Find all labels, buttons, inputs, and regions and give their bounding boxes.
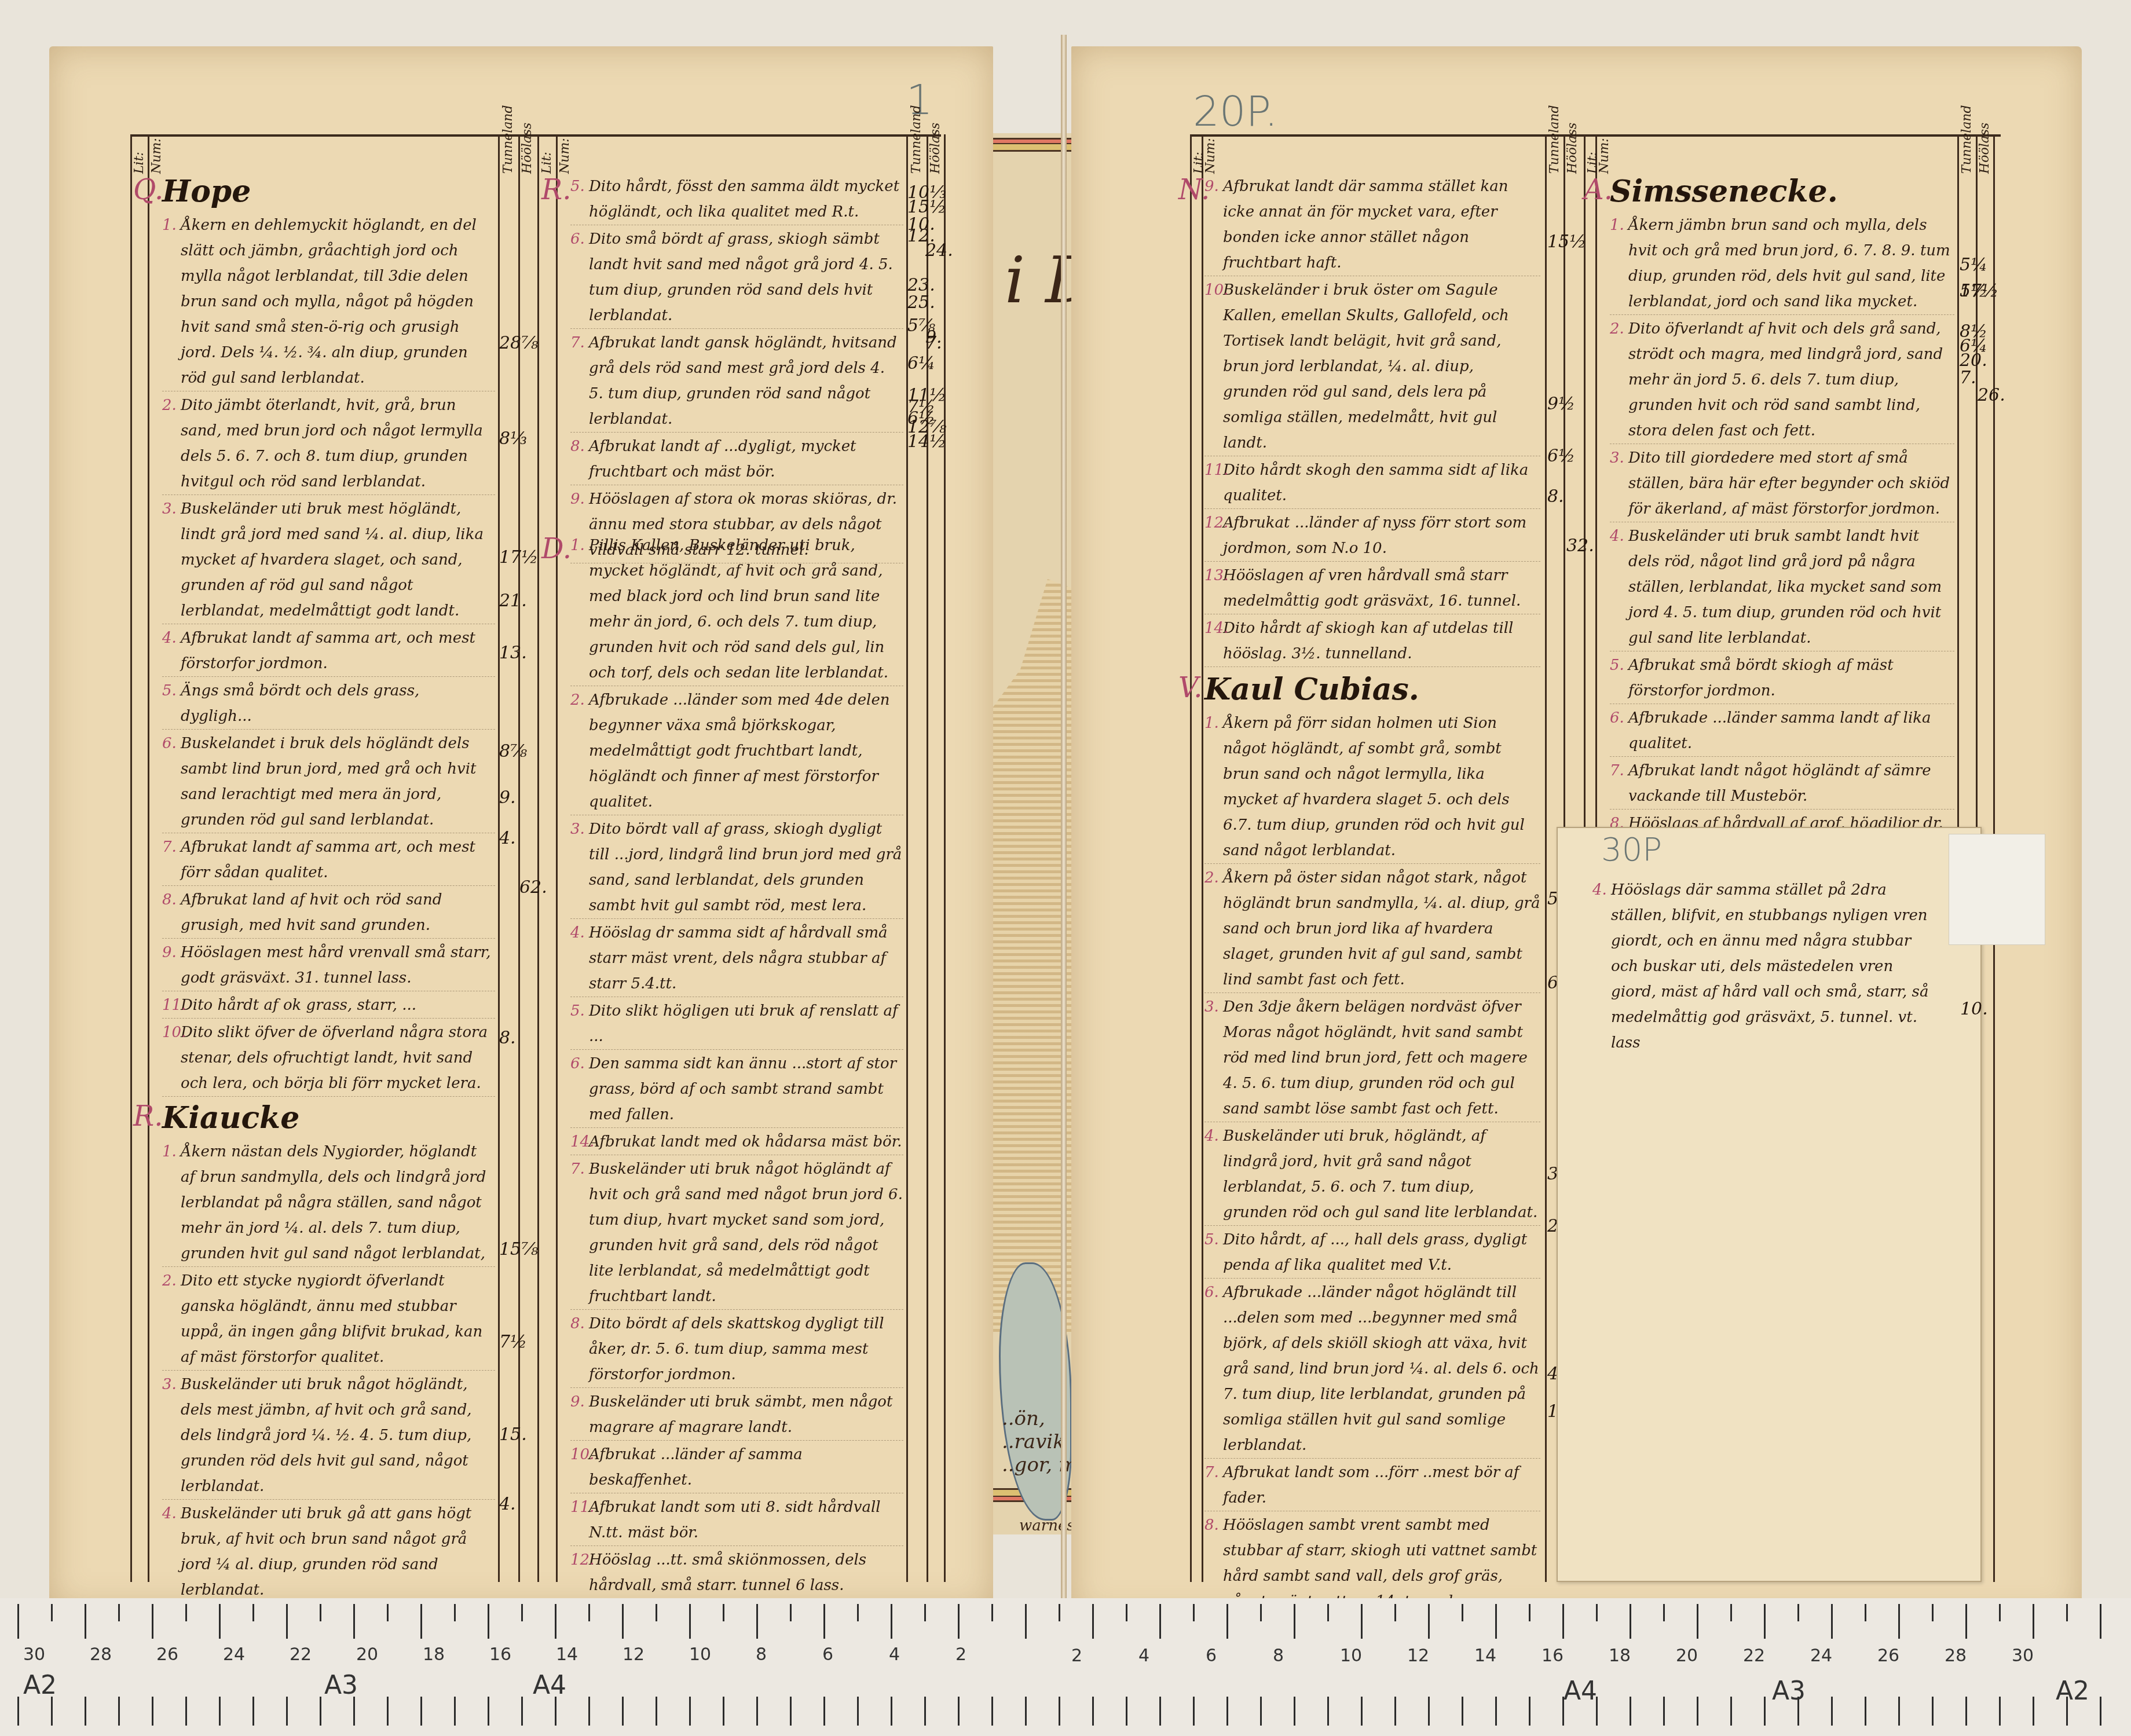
measuring-ruler: 30 28 26 24 22 20 18 16 14 12 10 8 6 4 2… — [0, 1598, 2131, 1736]
ruler-number: 26 — [1877, 1646, 1899, 1666]
register-entry: 8.Dito bördt af dels skattskog dygligt t… — [570, 1311, 903, 1388]
ruler-number: 30 — [23, 1645, 45, 1665]
register-entry: 11.Afbrukat landt som uti 8. sidt hårdva… — [570, 1495, 903, 1546]
ruler-tick — [622, 1604, 624, 1639]
ruler-tick — [420, 1697, 422, 1726]
left-column-1: Q. Hope 1.Åkern en dehlemyckit höglandt,… — [136, 174, 495, 1098]
ruler-tick — [1663, 1604, 1665, 1621]
ruler-tick — [1260, 1604, 1262, 1621]
register-entry: 3.Buskeländer uti bruk något högländt, d… — [162, 1372, 495, 1500]
tunnel-value: 15½ — [1547, 232, 1586, 252]
ruler-tick — [51, 1697, 53, 1726]
map-label: ..ön, — [1002, 1407, 1045, 1430]
ruler-tick — [1965, 1697, 1967, 1726]
ruler-tick — [219, 1604, 221, 1639]
left-column-1-lower: R. Kiaucke 1.Åkern nästan dels Nygiorder… — [136, 1100, 495, 1605]
ruler-tick — [488, 1697, 489, 1726]
section-title: Kaul Cubias. — [1204, 672, 1540, 707]
ruler-number: 14 — [556, 1645, 578, 1665]
ruler-number: 14 — [1474, 1646, 1496, 1666]
ruler-tick — [1865, 1604, 1866, 1621]
section-title: Simssenecke. — [1610, 174, 1954, 209]
ruler-tick — [857, 1697, 859, 1726]
register-entry: 8.Afbrukat landt af ...dygligt, mycket f… — [570, 434, 903, 485]
ruler-tick — [454, 1604, 456, 1621]
register-entry: 10.Buskeländer i bruk öster om Sagule Ka… — [1204, 277, 1540, 456]
paper-size-label: A4 — [1564, 1676, 1597, 1706]
tunnel-value: 8⅓ — [499, 428, 527, 449]
ruler-tick — [1428, 1604, 1430, 1639]
ruler-tick — [1764, 1604, 1766, 1639]
register-entry: 6.Buskelandet i bruk dels högländt dels … — [162, 731, 495, 833]
register-entry: 14.Afbrukat landt med ok hådarsa mäst bö… — [570, 1129, 903, 1155]
ruler-number: 22 — [1743, 1646, 1765, 1666]
ruler-tick — [1831, 1697, 1833, 1726]
register-entry: 2.Dito öfverlandt af hvit och dels grå s… — [1610, 316, 1954, 444]
header-tunnel: Tunneland — [1547, 105, 1562, 174]
register-entry: 5.Dito hårdt, af ..., hall dels grass, d… — [1204, 1227, 1540, 1279]
ruler-number: 10 — [1340, 1646, 1362, 1666]
ruler-number: 4 — [889, 1645, 900, 1665]
ruler-tick — [1596, 1697, 1598, 1726]
ruler-tick — [1327, 1697, 1329, 1726]
header-tunnel: Tunneland — [1960, 105, 1974, 174]
register-entry: 4.Buskeländer uti bruk, högländt, af lin… — [1204, 1123, 1540, 1226]
paper-size-label: A3 — [1772, 1676, 1806, 1706]
tunnel-value: 4. — [499, 1494, 516, 1514]
ruler-tick — [1226, 1697, 1228, 1726]
ruler-tick — [689, 1697, 691, 1726]
ruler-tick — [17, 1604, 19, 1639]
register-entry: 6.Afbrukade ...länder något högländt til… — [1204, 1280, 1540, 1459]
register-entry: 1.Åkern på förr sidan holmen uti Sion nå… — [1204, 710, 1540, 864]
column-rule — [1190, 134, 1192, 1582]
register-entry: 9.Afbrukat landt där samma stället kan i… — [1204, 174, 1540, 276]
ruler-tick — [286, 1604, 288, 1639]
register-entry: 10.Afbrukat ...länder af samma beskaffen… — [570, 1442, 903, 1493]
ruler-tick — [1126, 1604, 1127, 1621]
section-title: Hope — [162, 174, 495, 209]
column-rule — [1545, 134, 1547, 1582]
ruler-tick — [790, 1604, 792, 1621]
left-column-2-lower: D. 1.Pillis Kallen, Buskeländer uti bruk… — [544, 533, 903, 1600]
ruler-tick — [1663, 1697, 1665, 1726]
hoolass-value: 26. — [1978, 385, 2005, 405]
header-tunnel: Tunneland — [501, 105, 515, 174]
tunnel-value: 8. — [499, 1028, 516, 1048]
ruler-tick — [1965, 1604, 1967, 1639]
ruler-tick — [924, 1697, 926, 1726]
header-hoolass: Höölass — [520, 123, 534, 174]
ruler-tick — [1394, 1697, 1396, 1726]
pasted-correction-slip: 30P 4.Hööslags där samma stället på 2dra… — [1557, 827, 1982, 1582]
tunnel-value: 15. — [499, 1424, 527, 1445]
ruler-tick — [1260, 1697, 1262, 1726]
header-num: Num: — [149, 138, 164, 174]
ruler-tick — [353, 1604, 355, 1639]
register-entry: 6.Dito små bördt af grass, skiogh sämbt … — [570, 226, 903, 329]
ruler-tick — [320, 1604, 321, 1621]
ruler-tick — [588, 1604, 590, 1621]
ruler-number: 22 — [290, 1645, 312, 1665]
ruler-tick — [1495, 1604, 1497, 1639]
ruler-number: 2 — [1071, 1646, 1082, 1666]
register-entry: 2.Dito ett stycke nygiordt öfverlandt ga… — [162, 1268, 495, 1371]
ruler-tick — [2100, 1697, 2101, 1726]
ruler-tick — [823, 1697, 825, 1726]
ruler-tick — [1462, 1697, 1463, 1726]
hoolass-value: 32. — [1566, 536, 1594, 556]
ruler-number: 4 — [1138, 1646, 1149, 1666]
header-num: Num: — [1203, 138, 1218, 174]
ruler-tick — [1764, 1697, 1766, 1726]
section-letter: R. — [133, 1100, 163, 1133]
hoolass-value: 7. — [925, 333, 942, 353]
ruler-tick — [454, 1697, 456, 1726]
register-entry: 7.Afbrukat landt gansk högländt, hvitsan… — [570, 330, 903, 433]
ruler-tick — [521, 1697, 523, 1726]
table-top-rule — [130, 134, 941, 137]
ruler-tick — [790, 1697, 792, 1726]
column-rule — [944, 134, 946, 1582]
header-hoolass: Höölass — [1978, 123, 1992, 174]
register-entry: 11.Dito hårdt skogh den samma sidt af li… — [1204, 457, 1540, 509]
tunnel-value: 4. — [499, 828, 516, 848]
ruler-tick — [555, 1604, 556, 1639]
tunnel-value: 8. — [1547, 486, 1564, 507]
ruler-tick — [185, 1697, 187, 1726]
ruler-tick — [152, 1697, 153, 1726]
ruler-tick — [1294, 1604, 1295, 1639]
paper-size-label: A2 — [23, 1671, 57, 1700]
paper-size-label: A4 — [533, 1671, 566, 1700]
tunnel-value: 25. — [907, 292, 935, 313]
ruler-number: 26 — [156, 1645, 178, 1665]
ruler-tick — [118, 1604, 120, 1621]
register-entry: 3.Dito till giordedere med stort af små … — [1610, 445, 1954, 522]
ruler-tick — [1697, 1604, 1698, 1639]
ruler-tick — [51, 1604, 53, 1621]
ruler-tick — [991, 1604, 993, 1621]
paper-size-label: A2 — [2056, 1676, 2089, 1706]
header-num: Num: — [1597, 138, 1612, 174]
tunnel-value: 9½ — [1547, 394, 1575, 414]
ruler-tick — [252, 1604, 254, 1621]
ruler-tick — [152, 1604, 153, 1639]
ruler-tick — [1462, 1604, 1463, 1621]
register-entry: 4.Afbrukat landt af samma art, och mest … — [162, 625, 495, 677]
section-title: Kiaucke — [162, 1100, 495, 1136]
ruler-tick — [1159, 1697, 1161, 1726]
ruler-number: 24 — [223, 1645, 245, 1665]
register-entry: 7.Buskeländer uti bruk något högländt af… — [570, 1156, 903, 1310]
tunnel-value: 21. — [499, 591, 527, 611]
header-hoolass: Höölass — [1565, 123, 1580, 174]
ruler-tick — [958, 1604, 960, 1639]
ruler-tick — [1193, 1697, 1195, 1726]
ruler-tick — [1327, 1604, 1329, 1621]
ruler-tick — [85, 1604, 86, 1639]
ruler-number: 28 — [1945, 1646, 1967, 1666]
ruler-tick — [1932, 1604, 1934, 1621]
tunnel-value: 7½ — [499, 1332, 527, 1352]
register-entry: 7.Afbrukat landt som ...förr ..mest bör … — [1204, 1460, 1540, 1511]
ruler-number: 18 — [423, 1645, 445, 1665]
ruler-tick — [1562, 1697, 1564, 1726]
tunnel-value: 28⅞ — [499, 333, 538, 353]
page-fold — [1061, 35, 1067, 1598]
ruler-tick — [1797, 1604, 1799, 1621]
ruler-number: 24 — [1810, 1646, 1832, 1666]
left-column-2: R. 5.Dito hårdt, fösst den samma äldt my… — [544, 174, 903, 565]
ruler-tick — [891, 1604, 892, 1639]
ruler-tick — [588, 1697, 590, 1726]
register-entry: 6.Den samma sidt kan ännu ...stort af st… — [570, 1051, 903, 1128]
section-letter: Q. — [133, 174, 163, 206]
ruler-tick — [1025, 1697, 1027, 1726]
register-entry: 4.Buskeländer uti bruk gå att gans högt … — [162, 1501, 495, 1603]
ruler-number: 6 — [822, 1645, 833, 1665]
section-letter: R. — [541, 174, 571, 206]
ruler-tick — [1193, 1604, 1195, 1621]
ruler-tick — [1361, 1604, 1363, 1639]
ruler-tick — [420, 1604, 422, 1639]
paper-size-label: A3 — [324, 1671, 358, 1700]
tunnel-value: 15⅞ — [499, 1239, 538, 1259]
ruler-tick — [555, 1697, 556, 1726]
ruler-tick — [219, 1697, 221, 1726]
ruler-tick — [17, 1697, 19, 1726]
right-column-1: N. 9.Afbrukat landt där samma stället ka… — [1193, 174, 1540, 668]
register-entry: 1.Åkern jämbn brun sand och mylla, dels … — [1610, 213, 1954, 315]
register-entry: 2.Åkern på öster sidan något stark, någo… — [1204, 865, 1540, 993]
ruler-number: 12 — [623, 1645, 645, 1665]
register-entry: 13.Hööslagen af vren hårdvall små starr … — [1204, 563, 1540, 614]
column-rule — [130, 134, 132, 1582]
ruler-number: 16 — [489, 1645, 511, 1665]
ruler-tick — [2066, 1604, 2068, 1621]
ruler-tick — [1999, 1604, 2001, 1621]
right-column-1-lower: V. Kaul Cubias. 1.Åkern på förr sidan ho… — [1193, 672, 1540, 1642]
ruler-tick — [1361, 1697, 1363, 1726]
register-entry: 10.Dito slikt öfver de öfverland några s… — [162, 1020, 495, 1097]
ruler-tick — [1630, 1604, 1631, 1639]
ruler-tick — [1831, 1604, 1833, 1639]
ruler-tick — [1797, 1697, 1799, 1726]
register-entry: 3.Den 3dje åkern belägen nordväst öfver … — [1204, 994, 1540, 1122]
register-entry: 14.Dito hårdt af skiogh kan af utdelas t… — [1204, 616, 1540, 667]
ruler-tick — [723, 1604, 724, 1621]
ruler-tick — [891, 1697, 892, 1726]
ruler-tick — [521, 1604, 523, 1621]
ruler-tick — [252, 1697, 254, 1726]
ruler-number: 16 — [1542, 1646, 1564, 1666]
section-letter: V. — [1178, 672, 1203, 704]
column-rule — [906, 134, 908, 1582]
ruler-tick — [387, 1604, 389, 1621]
register-entry: 1.Åkern nästan dels Nygiorder, höglandt … — [162, 1139, 495, 1267]
register-entry: 9.Buskeländer uti bruk sämbt, men något … — [570, 1389, 903, 1441]
hoolass-value: 62. — [519, 877, 547, 898]
ruler-number: 10 — [689, 1645, 711, 1665]
ruler-tick — [1092, 1697, 1094, 1726]
ruler-tick — [656, 1604, 657, 1621]
ruler-tick — [185, 1604, 187, 1621]
ruler-tick — [2033, 1697, 2034, 1726]
ruler-tick — [1529, 1697, 1530, 1726]
pencil-page-number: 20P. — [1193, 87, 1278, 135]
register-entry: 4.Buskeländer uti bruk sambt landt hvit … — [1610, 523, 1954, 651]
ruler-number: 8 — [1273, 1646, 1284, 1666]
tape-strip — [1949, 834, 2045, 945]
ruler-tick — [387, 1697, 389, 1726]
ruler-tick — [1428, 1697, 1430, 1726]
register-entry: 5.Ängs små bördt och dels grass, dygligh… — [162, 678, 495, 730]
ruler-tick — [689, 1604, 691, 1639]
ruler-tick — [924, 1604, 926, 1621]
ruler-tick — [320, 1697, 321, 1726]
ruler-number: 20 — [1676, 1646, 1698, 1666]
ruler-tick — [1630, 1697, 1631, 1726]
ruler-number: 2 — [955, 1645, 966, 1665]
ruler-number: 12 — [1407, 1646, 1429, 1666]
ruler-tick — [1999, 1697, 2001, 1726]
register-entry: 6.Afbrukade ...länder samma landt af lik… — [1610, 705, 1954, 757]
section-letter: D. — [541, 533, 572, 565]
ruler-tick — [1697, 1697, 1698, 1726]
ruler-tick — [1226, 1604, 1228, 1639]
ruler-tick — [958, 1697, 960, 1726]
ruler-tick — [656, 1697, 657, 1726]
register-entry: 5.Dito slikt högligen uti bruk af rensla… — [570, 998, 903, 1050]
register-entry: 5.Afbrukat små bördt skiogh af mäst förs… — [1610, 653, 1954, 704]
ruler-tick — [1495, 1697, 1497, 1726]
ruler-tick — [823, 1604, 825, 1639]
ruler-tick — [756, 1604, 758, 1639]
header-lit: Lit: — [540, 152, 554, 174]
ruler-tick — [1529, 1604, 1530, 1621]
ruler-number: 30 — [2012, 1646, 2034, 1666]
ruler-number: 18 — [1609, 1646, 1631, 1666]
register-entry: 1.Åkern en dehlemyckit höglandt, en del … — [162, 213, 495, 391]
hoolass-value: 10. — [1960, 999, 1988, 1019]
register-entry: 4.Hööslag dr samma sidt af hårdvall små … — [570, 920, 903, 997]
ruler-tick — [1126, 1697, 1127, 1726]
register-entry: 11.Dito hårdt af ok grass, starr, ... — [162, 992, 495, 1019]
register-entry: 2.Afbrukade ...länder som med 4de delen … — [570, 687, 903, 815]
tunnel-value: 6¼ — [907, 353, 935, 373]
register-entry: 3.Dito bördt vall af grass, skiogh dygli… — [570, 816, 903, 919]
ruler-tick — [1596, 1604, 1598, 1621]
ruler-tick — [857, 1604, 859, 1621]
tunnel-value: 8⅞ — [499, 741, 527, 761]
register-entry: 9.Hööslagen mest hård vrenvall små starr… — [162, 940, 495, 991]
map-label: ..ravik — [1002, 1430, 1065, 1453]
tunnel-value: 5¼ — [1960, 255, 1987, 275]
tunnel-value: 5½ — [1960, 281, 1987, 301]
ruler-tick — [2033, 1604, 2034, 1639]
ruler-number: 8 — [756, 1645, 767, 1665]
ruler-number: 6 — [1206, 1646, 1217, 1666]
ruler-tick — [286, 1697, 288, 1726]
register-entry: 7.Afbrukat landt något högländt af sämre… — [1610, 758, 1954, 810]
ruler-tick — [1730, 1604, 1732, 1621]
ruler-tick — [1865, 1697, 1866, 1726]
tunnel-value: 7. — [1960, 368, 1976, 388]
ruler-tick — [2066, 1697, 2068, 1726]
tunnel-value: 6½ — [1547, 446, 1575, 466]
header-tunnel: Tunneland — [909, 105, 924, 174]
register-entry: 12.Afbrukat ...länder af nyss förr stort… — [1204, 510, 1540, 562]
header-lit: Lit: — [132, 152, 147, 174]
hoolass-value: 24. — [925, 240, 953, 261]
ruler-tick — [1932, 1697, 1934, 1726]
register-entry: 12.Hööslag ...tt. små skiönmossen, dels … — [570, 1547, 903, 1599]
register-entry: 1.Pillis Kallen, Buskeländer uti bruk, m… — [570, 533, 903, 686]
register-entry: 8.Afbrukat land af hvit och röd sand gru… — [162, 887, 495, 939]
ruler-tick — [1730, 1697, 1732, 1726]
ruler-tick — [353, 1697, 355, 1726]
register-entry: 5.Dito hårdt, fösst den samma äldt mycke… — [570, 174, 903, 225]
ruler-tick — [488, 1604, 489, 1639]
header-num: Num: — [558, 138, 572, 174]
section-letter: A. — [1584, 174, 1613, 206]
ruler-tick — [1092, 1604, 1094, 1639]
tunnel-value: 13. — [499, 643, 527, 663]
ruler-tick — [1059, 1604, 1060, 1621]
ruler-tick — [2100, 1604, 2101, 1639]
ruler-tick — [1025, 1604, 1027, 1639]
ruler-tick — [1898, 1697, 1900, 1726]
register-entry: 3.Buskeländer uti bruk mest högländt, li… — [162, 496, 495, 624]
ruler-tick — [1562, 1604, 1564, 1639]
ruler-tick — [85, 1697, 86, 1726]
ruler-tick — [622, 1697, 624, 1726]
ruler-tick — [991, 1697, 993, 1726]
ruler-tick — [118, 1697, 120, 1726]
ruler-tick — [723, 1697, 724, 1726]
ruler-tick — [756, 1697, 758, 1726]
tunnel-value: 17½ — [499, 547, 538, 567]
ruler-number: 28 — [90, 1645, 112, 1665]
register-entry: 2.Dito jämbt öterlandt, hvit, grå, brun … — [162, 393, 495, 495]
ruler-tick — [1294, 1697, 1295, 1726]
pencil-page-number: 30P — [1601, 831, 1662, 869]
ruler-number: 20 — [356, 1645, 378, 1665]
tunnel-value: 9. — [499, 788, 516, 808]
ruler-tick — [1394, 1604, 1396, 1621]
ruler-tick — [1159, 1604, 1161, 1639]
register-entry: 4.Hööslags där samma stället på 2dra stä… — [1592, 877, 1935, 1056]
register-entry: 7.Afbrukat landt af samma art, och mest … — [162, 834, 495, 886]
tunnel-value: 14½ — [907, 431, 946, 452]
ruler-tick — [1898, 1604, 1900, 1639]
header-hoolass: Höölass — [928, 123, 943, 174]
ruler-tick — [1059, 1697, 1060, 1726]
